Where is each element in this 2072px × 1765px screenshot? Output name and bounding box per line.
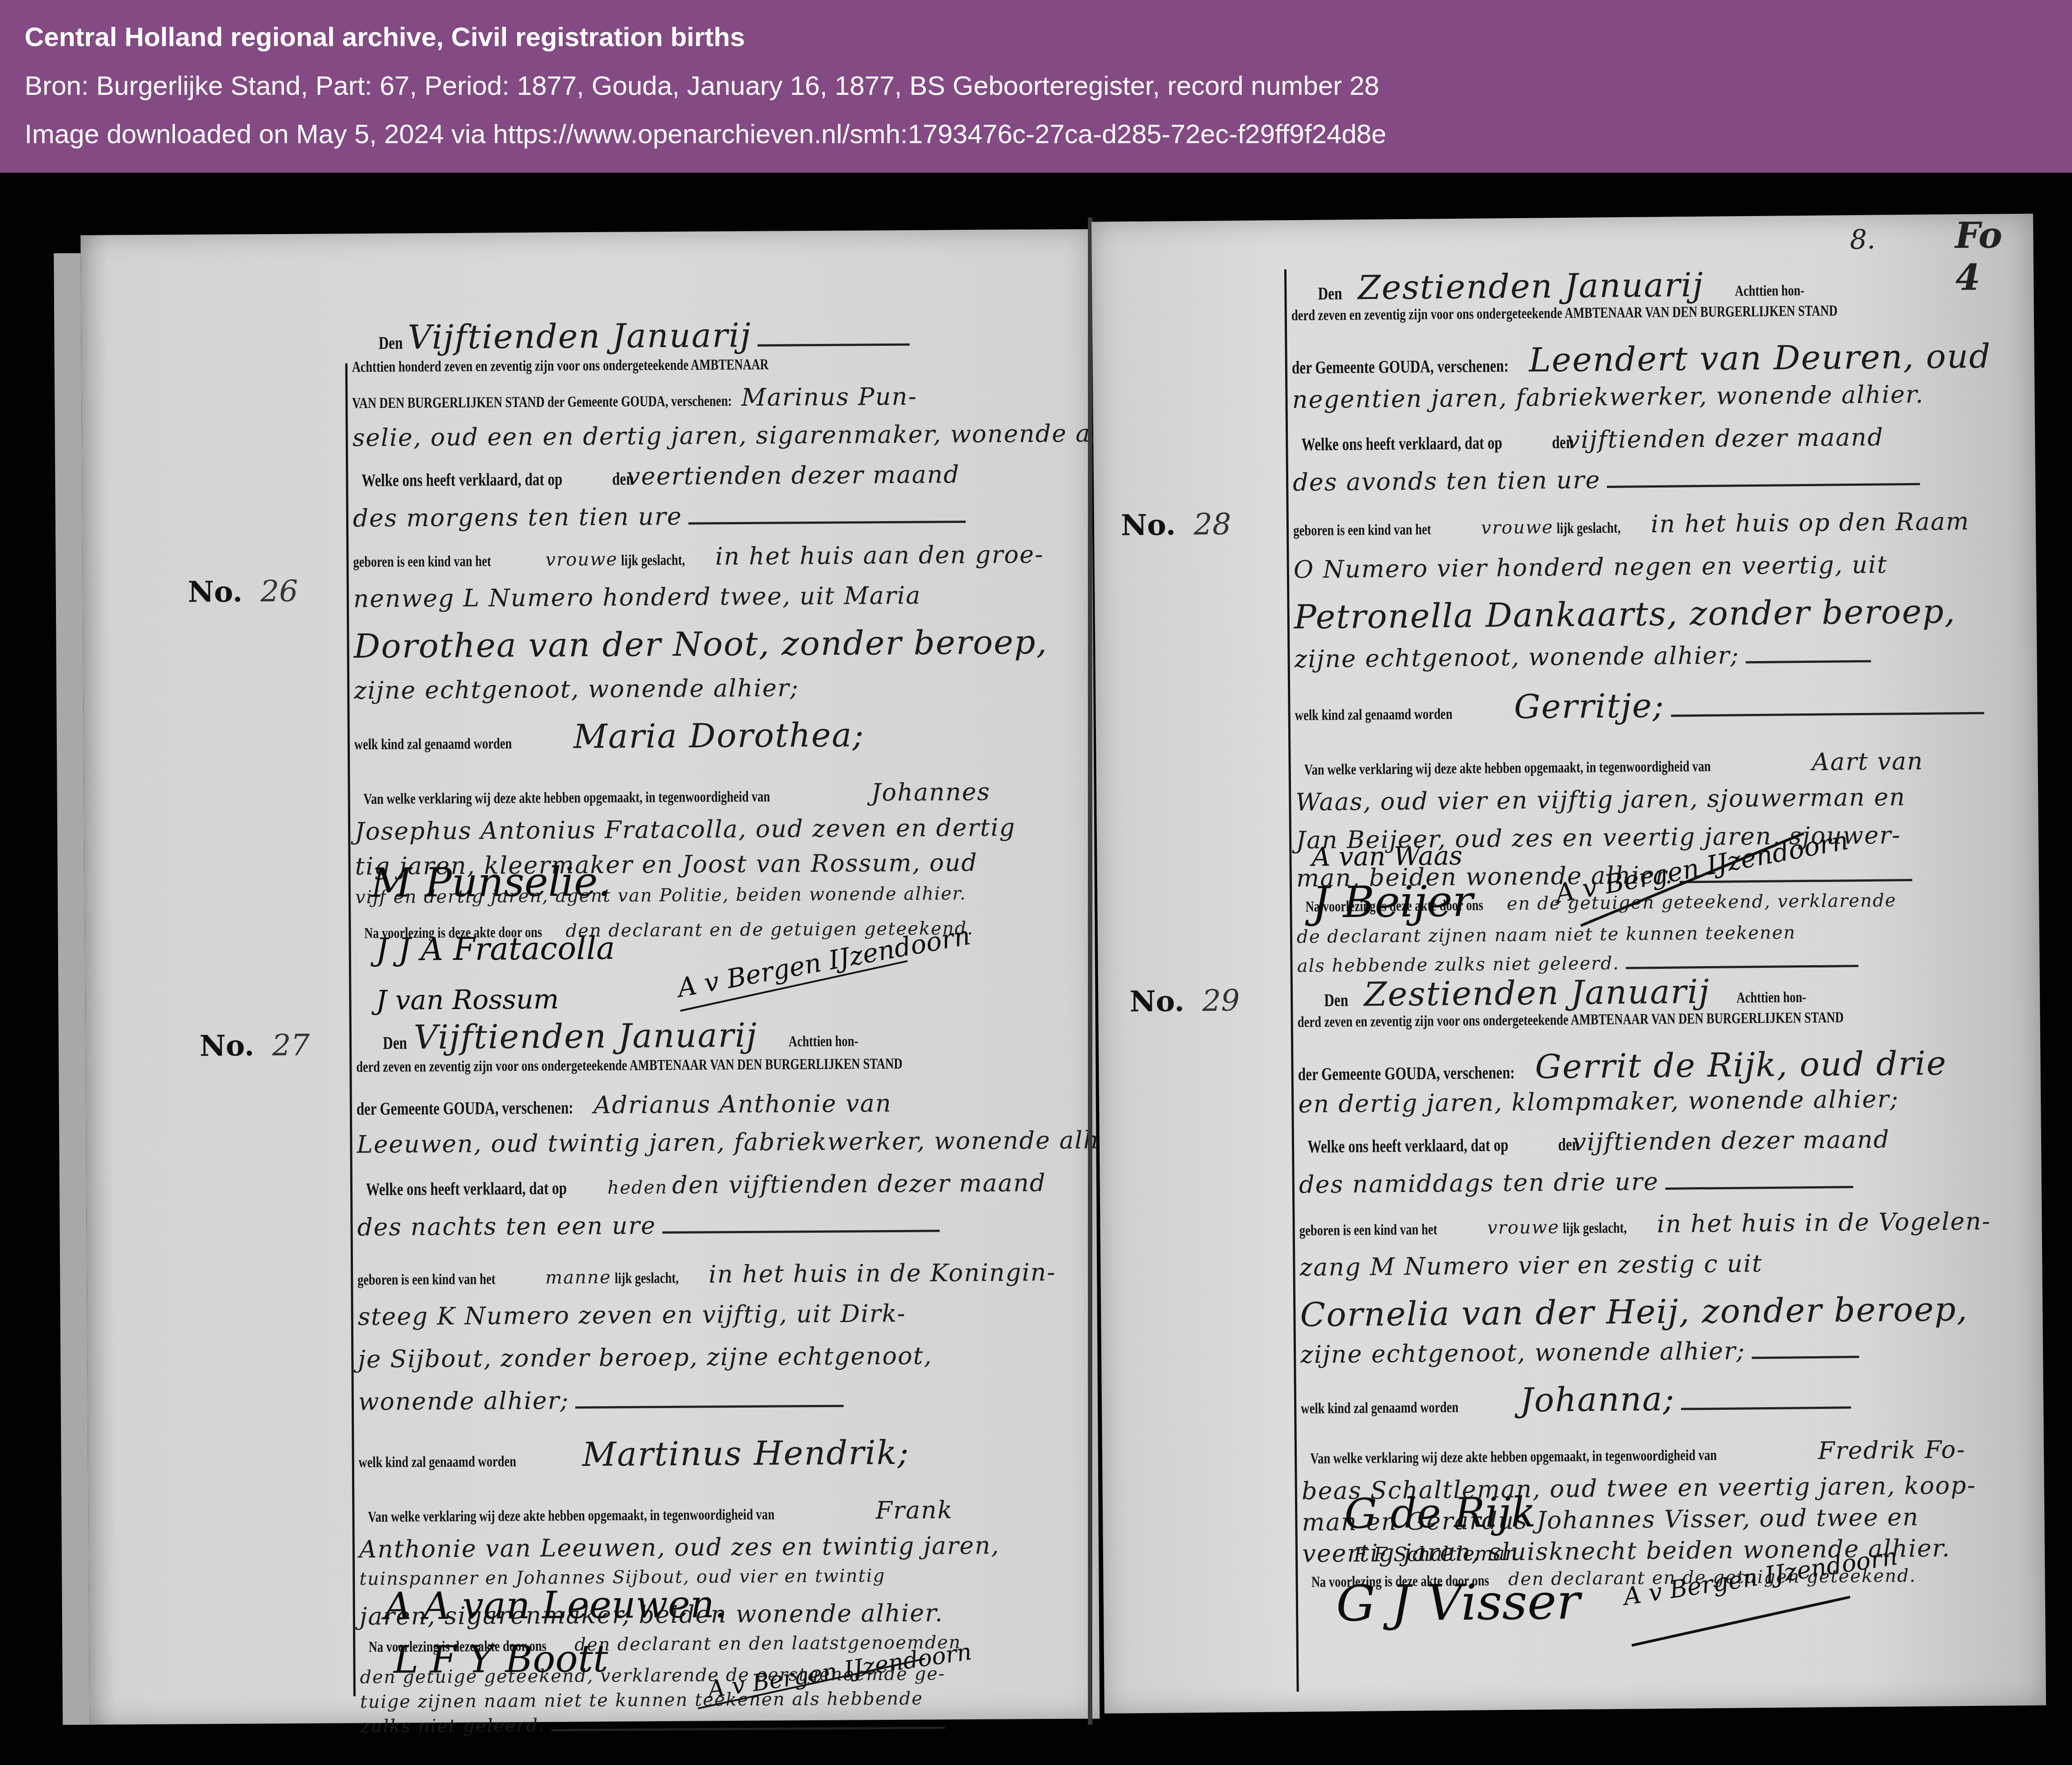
signature-witness-1: A van Waas	[1312, 840, 1463, 872]
signature-declarant: A A van Leeuwen.	[384, 1582, 726, 1628]
signature-witness-2: J van Rossum	[376, 984, 559, 1016]
signature-witness-2: J Beijer	[1312, 876, 1473, 928]
record-number-29: No.29	[1129, 983, 1240, 1018]
signature-witness: L F Y Boott	[393, 1637, 608, 1682]
record-27: Den Vijftienden Januarij Achttien hon- d…	[356, 1014, 1081, 1741]
declarant-name: Marinus Pun-	[741, 382, 917, 412]
page-number: 8.	[1850, 224, 1876, 255]
mother-name: Petronella Dankaarts, zonder beroep,	[1294, 592, 1956, 636]
scanned-register-image: No.26 Den Vijftienden Januarij Achttien …	[0, 173, 2072, 1765]
child-name: Martinus Hendrik;	[582, 1434, 909, 1474]
child-name: Johanna;	[1520, 1380, 1675, 1420]
book-spine	[1088, 217, 1092, 1725]
signature-declarant: G de Rijk	[1344, 1488, 1536, 1538]
record-number-27: No.27	[200, 1028, 310, 1063]
child-name: Maria Dorothea;	[573, 716, 865, 756]
archive-title: Central Holland regional archive, Civil …	[25, 21, 745, 52]
download-info: Image downloaded on May 5, 2024 via http…	[25, 119, 1386, 149]
child-name: Gerritje;	[1514, 687, 1664, 726]
declarant-name: Gerrit de Rijk, oud drie	[1535, 1044, 1947, 1086]
source-citation: Bron: Burgerlijke Stand, Part: 67, Perio…	[25, 70, 1379, 101]
record-26: Den Vijftienden Januarij Achttien honder…	[352, 314, 1076, 953]
mother-name: je Sijbout, zonder beroep, zijne echtgen…	[358, 1341, 932, 1373]
record-number-28: No.28	[1121, 507, 1231, 542]
mother-name: Dorothea van der Noot, zonder beroep,	[353, 623, 1048, 666]
declarant-name: Adrianus Anthonie van	[594, 1089, 892, 1119]
signature-witness-2: G J Visser	[1336, 1573, 1580, 1633]
mother-name: Cornelia van der Heij, zonder beroep,	[1300, 1290, 1968, 1334]
signature-declarant: M Punselie.	[371, 858, 611, 907]
archive-banner: Central Holland regional archive, Civil …	[0, 0, 2072, 173]
record-date: Vijftienden Januarij	[408, 316, 752, 357]
signature-witness-1: F F Schaltleman	[1354, 1542, 1518, 1566]
declarant-name: Leendert van Deuren, oud	[1529, 337, 1991, 379]
left-page: No.26 Den Vijftienden Januarij Achttien …	[81, 229, 1100, 1725]
page-edge	[54, 253, 89, 1725]
signature-witness-1: J J A Fratacolla	[376, 930, 615, 968]
right-page: 8. Fo 4 No.28 Den Zestienden Januarij Ac…	[1091, 214, 2046, 1714]
record-number-26: No.26	[188, 574, 298, 609]
